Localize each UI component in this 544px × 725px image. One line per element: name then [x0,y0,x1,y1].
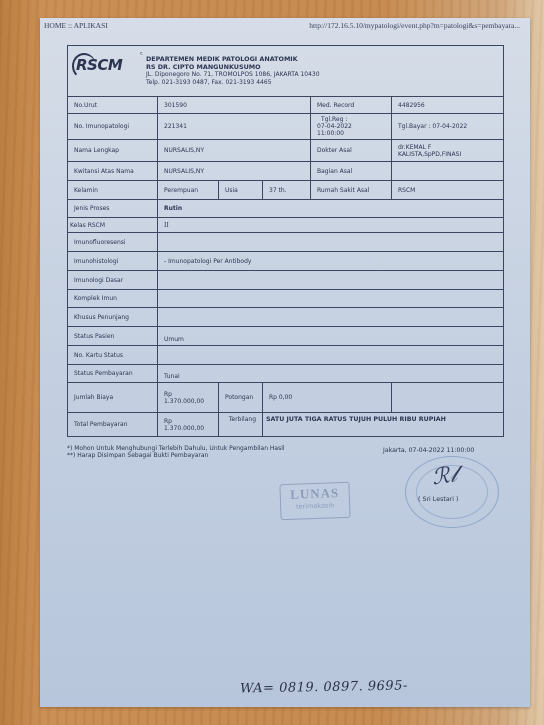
terbilang-value: SATU JUTA TIGA RATUS TUJUH PULUH RIBU RU… [263,413,504,437]
usia-value: 37 th. [263,181,311,200]
hospital-address: JL. Diponegoro No. 71, TROMOLPOS 1086, J… [146,71,320,79]
table-row: Jumlah Biaya Rp 1.370.000,00 Potongan Rp… [68,383,504,413]
hospital-name: RS DR. CIPTO MANGUNKUSUMO [146,64,320,72]
table-row: Kelamin Perempuan Usia 37 th. Rumah Saki… [68,181,504,200]
kelas-value: II [158,218,504,233]
table-row: Imunofluoresensi [68,233,504,252]
total-value: Rp 1.370.000,00 [158,413,219,437]
komplek-imun-value [158,290,504,308]
dokter-asal-value: dr.KEMAL F KALISTA,SpPD,FINASI [392,140,504,162]
imunohistologi-value: - Imunopatologi Per Antibody [158,252,504,271]
khusus-penunjang-value [158,308,504,327]
receipt-table: No.Urut 301590 Med. Record 4482956 No. I… [67,96,504,437]
rumah-sakit-value: RSCM [392,181,504,200]
jenis-proses-value: Rutin [158,200,504,218]
field-label: Imunologi Dasar [68,271,158,290]
print-header: HOME :: APLIKASI http://172.16.5.10/mypa… [40,18,530,38]
bagian-asal-value [392,162,504,181]
no-imunopatologi-value: 221341 [158,114,311,140]
imunologi-dasar-value [158,271,504,290]
letterhead-text: DEPARTEMEN MEDIK PATOLOGI ANATOMIK RS DR… [146,56,320,86]
field-label: Dokter Asal [311,140,392,162]
table-row: No.Urut 301590 Med. Record 4482956 [68,97,504,114]
paid-stamp: LUNAS terimakasih [279,482,350,520]
field-label: Status Pasien [68,327,158,346]
field-label: Imunohistologi [68,252,158,271]
imunofluoresensi-value [158,233,504,252]
field-label: Khusus Penunjang [68,308,158,327]
logo-spark-icon: ᶜ [140,50,142,59]
table-row: Kwitansi Atas Nama NURSALIS,NY Bagian As… [68,162,504,181]
table-row: Status Pembayaran Tunai [68,365,504,383]
table-row: Komplek Imun [68,290,504,308]
jumlah-biaya-value: Rp 1.370.000,00 [158,383,219,413]
tgl-reg-time: 11:00:00 [317,130,385,137]
hospital-phone: Telp. 021-3193 0487, Fax. 021-3193 4465 [146,79,320,87]
table-row: Jenis Proses Rutin [68,200,504,218]
field-label: Potongan [219,383,263,413]
med-record-value: 4482956 [392,97,504,114]
signer-name: ( Sri Lestari ) [418,496,458,503]
field-label: Imunofluoresensi [68,233,158,252]
kelamin-value: Perempuan [158,181,219,200]
page-title: HOME :: APLIKASI [44,21,108,30]
rscm-logo: RSCM ᶜ [76,56,122,74]
field-label: No. Imunopatologi [68,114,158,140]
field-label: Kelamin [68,181,158,200]
table-row: Status Pasien Umum [68,327,504,346]
table-row: Imunohistologi - Imunopatologi Per Antib… [68,252,504,271]
note-pickup: *) Mohon Untuk Menghubungi Terlebih Dahu… [67,445,285,452]
field-label: Terbilang [219,413,263,437]
page-url: http://172.16.5.10/mypatologi/event.php?… [309,21,520,30]
field-label: Med. Record [311,97,392,114]
tgl-reg-date: 07-04-2022 [317,123,385,130]
table-row: Total Pembayaran Rp 1.370.000,00 Terbila… [68,413,504,437]
footer-notes: *) Mohon Untuk Menghubungi Terlebih Dahu… [67,445,285,459]
field-label: Nama Lengkap [68,140,158,162]
table-row: No. Imunopatologi 221341 Tgl.Reg : 07-04… [68,114,504,140]
no-urut-value: 301590 [158,97,311,114]
field-label: No. Kartu Status [68,346,158,365]
logo-arc-icon [72,53,96,79]
field-label: Rumah Sakit Asal [311,181,392,200]
field-label: Usia [219,181,263,200]
tgl-bayar: Tgl.Bayar : 07-04-2022 [392,114,504,140]
note-keep-receipt: **) Harap Disimpan Sebagai Bukti Pembaya… [67,452,285,459]
handwritten-phone: WA= 0819. 0897. 9695- [240,679,408,697]
receipt-paper: HOME :: APLIKASI http://172.16.5.10/mypa… [40,18,530,707]
status-pembayaran-value: Tunai [158,365,504,383]
no-kartu-value [158,346,504,365]
table-row: Kelas RSCM II [68,218,504,233]
empty-cell [392,383,504,413]
tgl-reg-cell: Tgl.Reg : 07-04-2022 11:00:00 [311,114,392,140]
field-label: Bagian Asal [311,162,392,181]
field-label: No.Urut [68,97,158,114]
field-label: Jenis Proses [68,200,158,218]
field-label: Komplek Imun [68,290,158,308]
signature-scribble: ℛ𝓁 [430,462,458,490]
field-label: Total Pembayaran [68,413,158,437]
table-row: Khusus Penunjang [68,308,504,327]
field-label: Status Pembayaran [68,365,158,383]
field-label: Kwitansi Atas Nama [68,162,158,181]
place-date: Jakarta, 07-04-2022 11:00:00 [383,447,474,454]
table-row: Nama Lengkap NURSALIS,NY Dokter Asal dr.… [68,140,504,162]
table-row: No. Kartu Status [68,346,504,365]
field-label: Jumlah Biaya [68,383,158,413]
field-label: Kelas RSCM [68,218,158,233]
table-row: Imunologi Dasar [68,271,504,290]
potongan-value: Rp 0,00 [263,383,392,413]
nama-lengkap-value: NURSALIS,NY [158,140,311,162]
kwitansi-value: NURSALIS,NY [158,162,311,181]
letterhead: RSCM ᶜ DEPARTEMEN MEDIK PATOLOGI ANATOMI… [67,45,504,97]
status-pasien-value: Umum [158,327,504,346]
